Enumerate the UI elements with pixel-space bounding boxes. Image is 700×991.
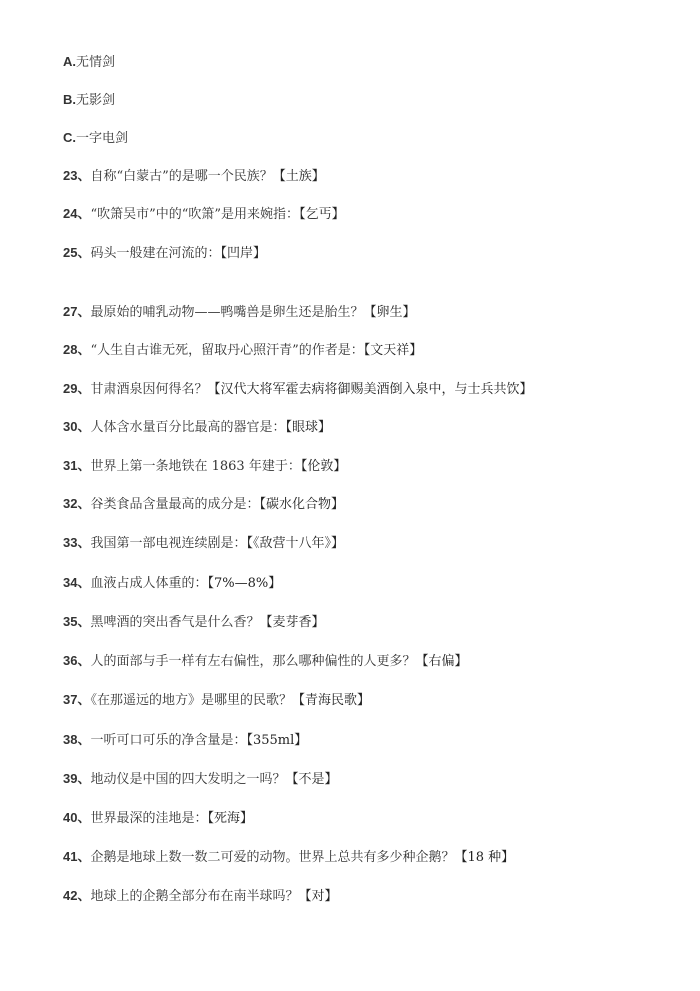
answer-text: 【7%—8%】 — [207, 576, 281, 591]
question-text: 码头一般建在河流的： — [90, 246, 220, 261]
question-text: 人的面部与手一样有左右偏性，那么哪种偏性的人更多？ — [90, 654, 415, 669]
question-39: 39、地动仪是中国的四大发明之一吗？【不是】 — [63, 771, 338, 788]
question-number: 41、 — [63, 849, 90, 864]
question-text: 世界上第一条地铁在 1863 年建于： — [90, 459, 300, 474]
question-42: 42、地球上的企鹅全部分布在南半球吗？【对】 — [63, 888, 338, 905]
question-text: 地球上的企鹅全部分布在南半球吗？ — [90, 889, 298, 904]
option-text: 无影剑 — [76, 93, 115, 108]
question-41: 41、企鹅是地球上数一数二可爱的动物。世界上总共有多少种企鹅？【18 种】 — [63, 849, 514, 866]
answer-text: 【伦敦】 — [301, 459, 347, 474]
question-number: 33、 — [63, 535, 90, 550]
question-text: 谷类食品含量最高的成分是： — [90, 497, 259, 512]
question-number: 39、 — [63, 771, 90, 786]
answer-text: 【麦芽香】 — [259, 615, 324, 630]
option-a: A.无情剑 — [63, 54, 115, 71]
question-text: 自称“白蒙古”的是哪一个民族？ — [90, 169, 272, 184]
question-number: 36、 — [63, 653, 90, 668]
answer-text: 【右偏】 — [415, 654, 467, 669]
option-text: 无情剑 — [76, 55, 115, 70]
question-text: 人体含水量百分比最高的器官是： — [90, 420, 285, 435]
answer-text: 【凹岸】 — [220, 246, 266, 261]
question-number: 23、 — [63, 168, 90, 183]
question-38: 38、一听可口可乐的净含量是：【355ml】 — [63, 732, 307, 749]
option-label: C. — [63, 130, 76, 145]
question-text: 世界最深的洼地是： — [90, 811, 207, 826]
question-31: 31、世界上第一条地铁在 1863 年建于：【伦敦】 — [63, 458, 346, 475]
answer-text: 【汉代大将军霍去病将御赐美酒倒入泉中，与士兵共饮】 — [207, 382, 532, 397]
question-number: 35、 — [63, 614, 90, 629]
option-label: A. — [63, 54, 76, 69]
answer-text: 【不是】 — [285, 772, 337, 787]
question-number: 40、 — [63, 810, 90, 825]
question-32: 32、谷类食品含量最高的成分是：【碳水化合物】 — [63, 496, 344, 513]
question-number: 32、 — [63, 496, 90, 511]
question-number: 29、 — [63, 381, 90, 396]
question-28: 28、“人生自古谁无死，留取丹心照汗青”的作者是：【文天祥】 — [63, 342, 422, 359]
option-label: B. — [63, 92, 76, 107]
question-number: 37、 — [63, 692, 90, 707]
question-34: 34、血液占成人体重的：【7%—8%】 — [63, 575, 281, 592]
question-number: 34、 — [63, 575, 90, 590]
question-text: 最原始的哺乳动物——鸭嘴兽是卵生还是胎生？ — [90, 305, 363, 320]
question-40: 40、世界最深的洼地是：【死海】 — [63, 810, 253, 827]
question-text: 黑啤酒的突出香气是什么香？ — [90, 615, 259, 630]
question-number: 25、 — [63, 245, 90, 260]
question-25: 25、码头一般建在河流的：【凹岸】 — [63, 245, 266, 262]
answer-text: 【文天祥】 — [364, 343, 423, 358]
question-24: 24、“吹箫吴市”中的“吹箫”是用来婉指：【乞丐】 — [63, 206, 345, 223]
answer-text: 【死海】 — [207, 811, 253, 826]
question-number: 31、 — [63, 458, 90, 473]
question-36: 36、人的面部与手一样有左右偏性，那么哪种偏性的人更多？【右偏】 — [63, 653, 468, 670]
question-33: 33、我国第一部电视连续剧是：【《敌营十八年》】 — [63, 535, 344, 552]
question-23: 23、自称“白蒙古”的是哪一个民族？【土族】 — [63, 168, 325, 185]
question-27: 27、最原始的哺乳动物——鸭嘴兽是卵生还是胎生？【卵生】 — [63, 304, 416, 321]
question-text: “人生自古谁无死，留取丹心照汗青”的作者是： — [90, 343, 363, 358]
question-number: 28、 — [63, 342, 90, 357]
answer-text: 【青海民歌】 — [292, 693, 370, 708]
question-text: “吹箫吴市”中的“吹箫”是用来婉指： — [90, 207, 299, 222]
answer-text: 【眼球】 — [285, 420, 331, 435]
question-number: 38、 — [63, 732, 90, 747]
answer-text: 【土族】 — [273, 169, 325, 184]
option-c: C.一字电剑 — [63, 130, 128, 147]
question-number: 42、 — [63, 888, 90, 903]
question-number: 27、 — [63, 304, 90, 319]
answer-text: 【碳水化合物】 — [259, 497, 344, 512]
question-37: 37、《在那遥远的地方》是哪里的民歌？【青海民歌】 — [63, 692, 370, 709]
answer-text: 【《敌营十八年》】 — [246, 536, 344, 551]
question-35: 35、黑啤酒的突出香气是什么香？【麦芽香】 — [63, 614, 325, 631]
question-30: 30、人体含水量百分比最高的器官是：【眼球】 — [63, 419, 331, 436]
question-text: 企鹅是地球上数一数二可爱的动物。世界上总共有多少种企鹅？ — [90, 850, 454, 865]
question-text: 血液占成人体重的： — [90, 576, 207, 591]
answer-text: 【355ml】 — [246, 733, 307, 748]
question-text: 《在那遥远的地方》是哪里的民歌？ — [90, 693, 292, 708]
question-number: 30、 — [63, 419, 90, 434]
question-text: 我国第一部电视连续剧是： — [90, 536, 246, 551]
question-number: 24、 — [63, 206, 90, 221]
option-b: B.无影剑 — [63, 92, 115, 109]
option-text: 一字电剑 — [76, 131, 128, 146]
question-text: 一听可口可乐的净含量是： — [90, 733, 246, 748]
question-text: 甘肃酒泉因何得名？ — [90, 382, 207, 397]
answer-text: 【18 种】 — [454, 850, 514, 865]
question-29: 29、甘肃酒泉因何得名？【汉代大将军霍去病将御赐美酒倒入泉中，与士兵共饮】 — [63, 381, 533, 398]
question-text: 地动仪是中国的四大发明之一吗？ — [90, 772, 285, 787]
answer-text: 【乞丐】 — [299, 207, 345, 222]
answer-text: 【对】 — [298, 889, 337, 904]
answer-text: 【卵生】 — [363, 305, 415, 320]
